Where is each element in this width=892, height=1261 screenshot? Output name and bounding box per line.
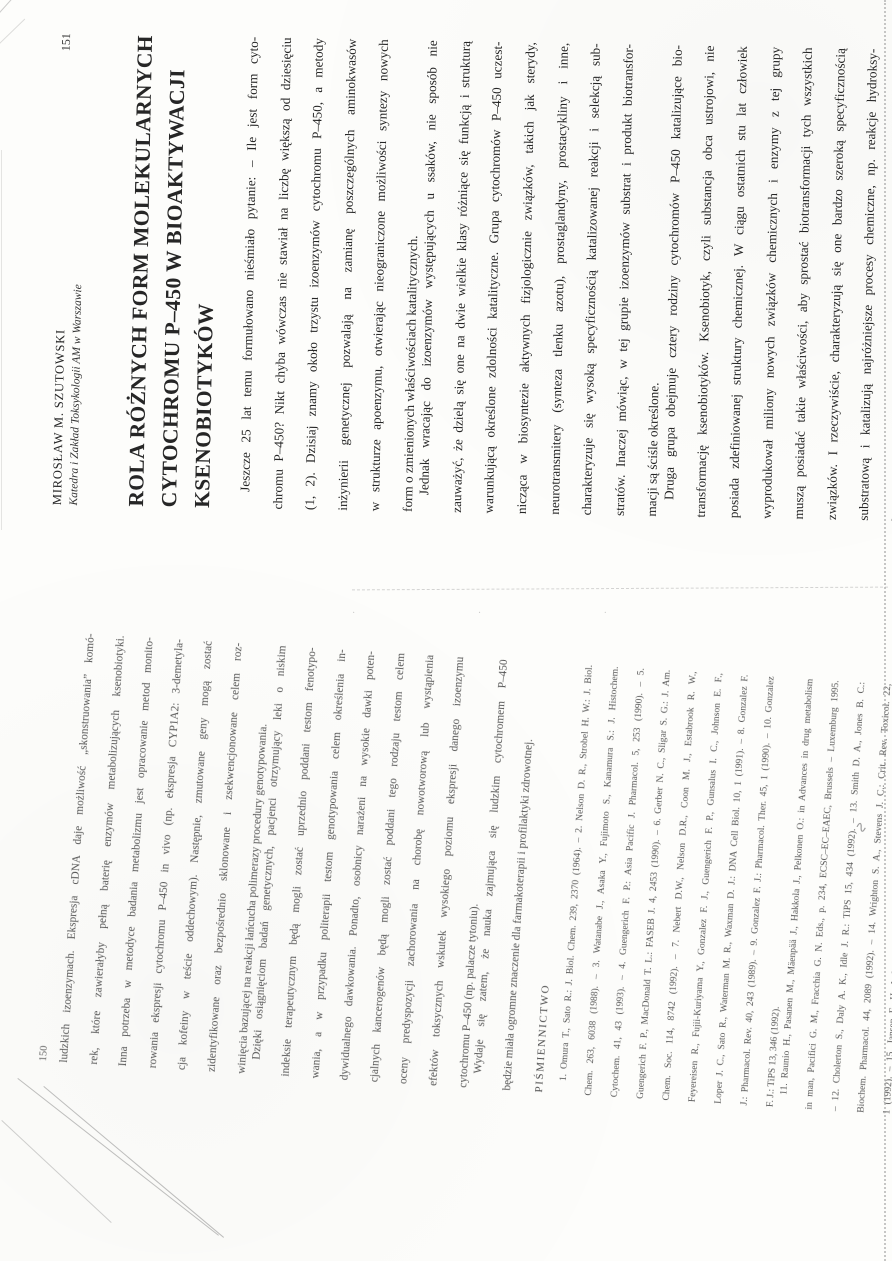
paragraph: 1. Omura T., Sato R.: J. Biol. Chem. 239… xyxy=(556,664,804,1107)
page-150-content: 150 ludzkich izoenzymach. Ekspresja cDNA… xyxy=(38,632,892,1142)
paragraph: Dzięki osiągnięciom badań genetycznych, … xyxy=(249,645,498,1088)
paragraph: Jeszcze 25 lat temu formułowano nieśmiał… xyxy=(237,37,425,512)
paragraph: Druga grupa obejmuje cztery rodziny cyto… xyxy=(661,45,892,522)
page-number-151: 151 xyxy=(59,33,74,51)
rotated-book-spread: MIROSŁAW M. SZUTOWSKI 151 Katedra i Zakł… xyxy=(0,0,892,1261)
page-151: MIROSŁAW M. SZUTOWSKI 151 Katedra i Zakł… xyxy=(0,0,892,621)
references-list: 1. Omura T., Sato R.: J. Biol. Chem. 239… xyxy=(556,664,892,1141)
page-150: 150 ludzkich izoenzymach. Ekspresja cDNA… xyxy=(0,621,892,1261)
article-title: ROLA RÓŻNYCH FORM MOLEKULARNYCHCYTOCHROM… xyxy=(120,34,228,508)
page-150-paragraphs: ludzkich izoenzymach. Ekspresja cDNA daj… xyxy=(57,633,542,1091)
article-body: Jeszcze 25 lat temu formułowano nieśmiał… xyxy=(237,37,892,528)
paragraph: ROLA RÓŻNYCH FORM MOLEKULARNYCHCYTOCHROM… xyxy=(120,34,228,508)
paragraph: Jednak wracając do izoenzymów występując… xyxy=(416,40,669,517)
body-paragraphs-before-figure: Jeszcze 25 lat temu formułowano nieśmiał… xyxy=(237,37,892,525)
author-name: MIROSŁAW M. SZUTOWSKI xyxy=(50,329,68,505)
paragraph: ludzkich izoenzymach. Ekspresja cDNA daj… xyxy=(57,633,276,1074)
page-151-content: MIROSŁAW M. SZUTOWSKI 151 Katedra i Zakł… xyxy=(50,33,892,528)
scanned-document-page: { "right_page": { "page_number": "151", … xyxy=(0,0,892,1261)
